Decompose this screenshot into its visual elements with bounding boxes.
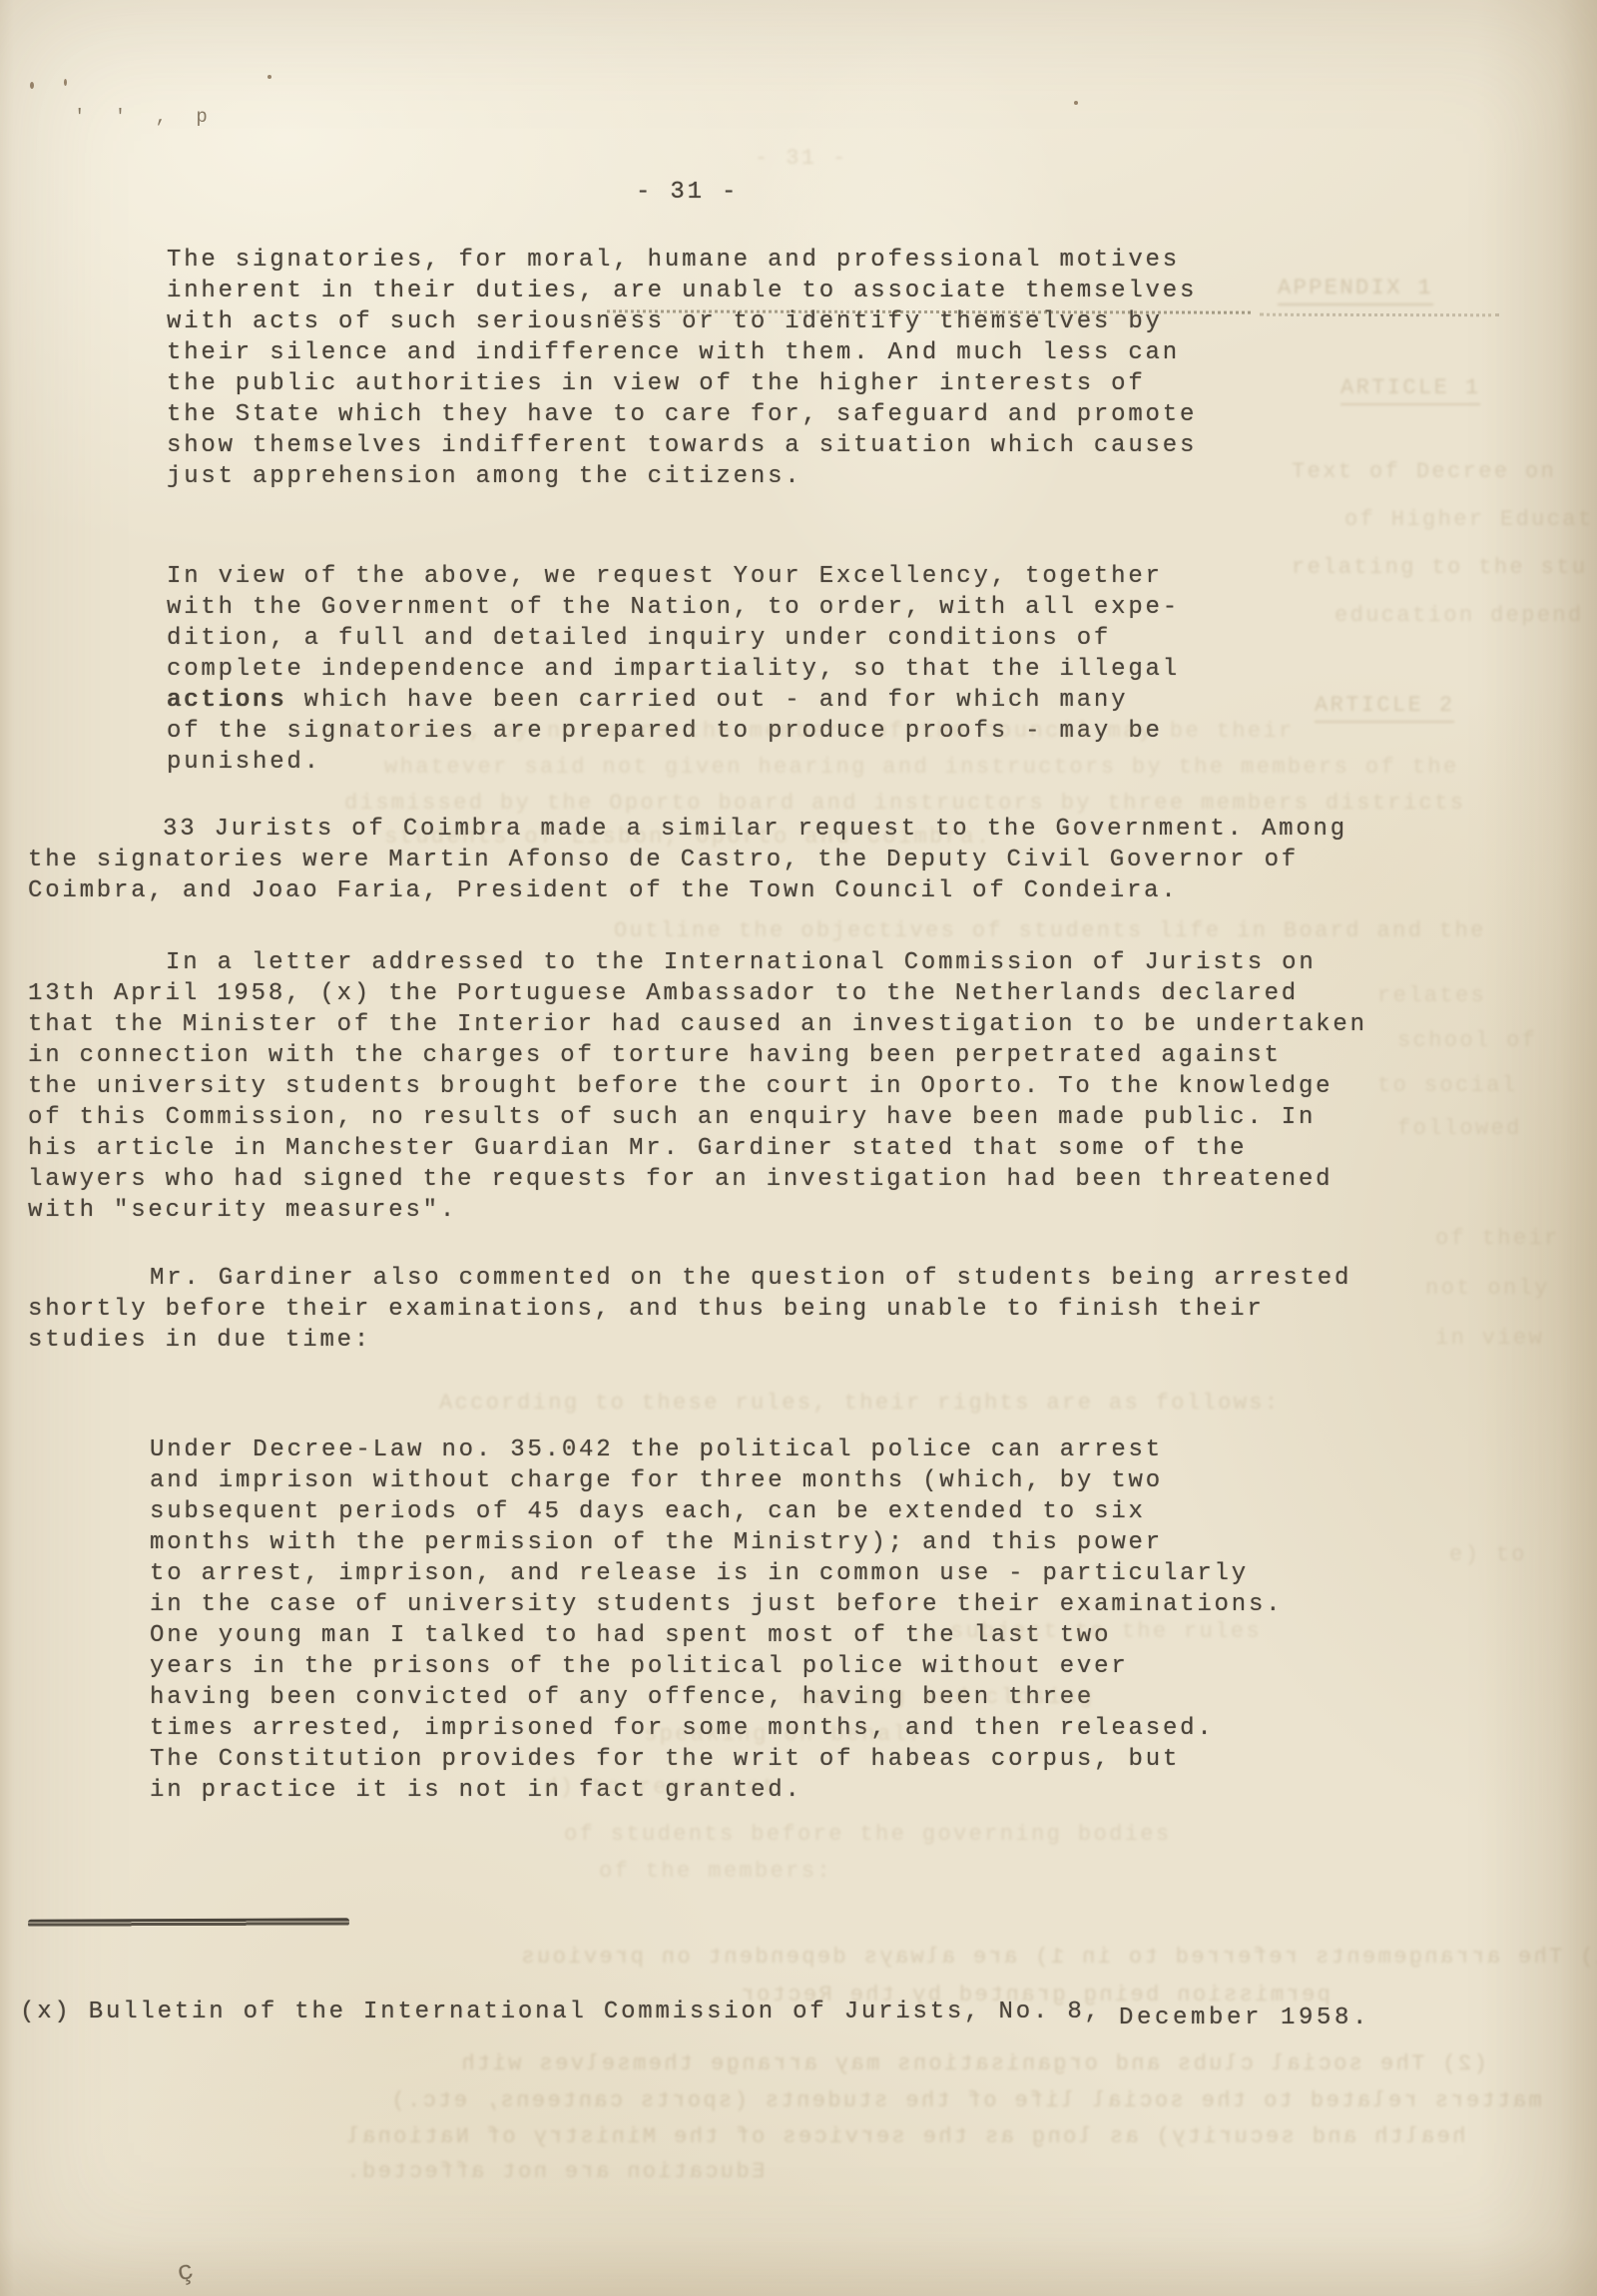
- paragraph-coimbra-jurists: 33 Jurists of Coimbra made a similar req…: [28, 814, 1347, 906]
- bleed-through-line: - 31 -: [755, 146, 848, 172]
- bleed-through-line: of their: [1435, 1226, 1560, 1252]
- bleed-through-line: relating to the stu: [1292, 555, 1587, 581]
- bleed-through-line: (1) The arrangements referred to in 1) a…: [519, 1945, 1597, 1971]
- paragraph-request-inquiry: In view of the above, we request Your Ex…: [167, 561, 1180, 778]
- bleed-through-line: APPENDIX 1: [1278, 276, 1433, 305]
- ink-speck: [267, 75, 271, 79]
- ink-speck: [1074, 101, 1078, 105]
- bleed-through-line: to social: [1377, 1073, 1517, 1099]
- stray-mark-squiggle: ç: [175, 2257, 197, 2290]
- blockquote-decree-law: Under Decree-Law no. 35.042 the politica…: [150, 1435, 1283, 1806]
- bleed-through-line: health and security) as long as the serv…: [344, 2124, 1465, 2150]
- bleed-through-line: ARTICLE 2: [1315, 693, 1454, 723]
- footnote: (x) Bulletin of the International Commis…: [20, 1997, 1370, 2027]
- bleed-through-line: Text of Decree on: [1292, 459, 1556, 485]
- paragraph-signatories-statement: The signatories, for moral, humane and p…: [167, 245, 1197, 492]
- bleed-through-line: not only: [1425, 1276, 1550, 1302]
- footnote-date: December 1958.: [1119, 2003, 1370, 2033]
- scanned-document-page: - 31 - The signatories, for moral, human…: [0, 0, 1597, 2296]
- footnote-citation: (x) Bulletin of the International Commis…: [20, 1999, 1119, 2025]
- double-struck-word: actions: [167, 685, 286, 716]
- stray-mark-cluster: ' ' , p: [74, 106, 217, 128]
- ink-speck: [30, 82, 34, 89]
- bleed-through-line: of the members:: [599, 1859, 832, 1885]
- bleed-through-line: of students before the governing bodies: [564, 1822, 1171, 1848]
- bleed-through-line: (2) The social clubs and organisations m…: [459, 2051, 1487, 2077]
- bleed-through-line: According to these rules, their rights a…: [439, 1391, 1281, 1417]
- page-number: - 31 -: [636, 177, 739, 208]
- bleed-through-line: relates: [1377, 983, 1486, 1009]
- paragraph-ambassador-letter: In a letter addressed to the Internation…: [28, 947, 1367, 1226]
- bleed-through-line: of Higher Educat: [1344, 507, 1594, 533]
- bleed-through-line: Education are not affected.: [344, 2159, 765, 2185]
- footnote-rule: [28, 1918, 349, 1927]
- bleed-through-line: Outline the objectives of students life …: [614, 918, 1486, 944]
- bleed-through-line: school of: [1397, 1028, 1537, 1054]
- annotation-underline-faint: [1260, 313, 1499, 317]
- bleed-through-line: e) to: [1449, 1542, 1527, 1568]
- bleed-through-line: matters related to the social life of th…: [389, 2088, 1542, 2114]
- bleed-through-line: in view: [1435, 1326, 1544, 1352]
- ink-speck: [64, 79, 67, 86]
- bleed-through-line: education depend: [1334, 603, 1584, 629]
- bleed-through-line: followed: [1397, 1116, 1522, 1142]
- bleed-through-line: ARTICLE 1: [1340, 375, 1480, 405]
- paragraph-gardiner-comment: Mr. Gardiner also commented on the quest…: [28, 1263, 1351, 1356]
